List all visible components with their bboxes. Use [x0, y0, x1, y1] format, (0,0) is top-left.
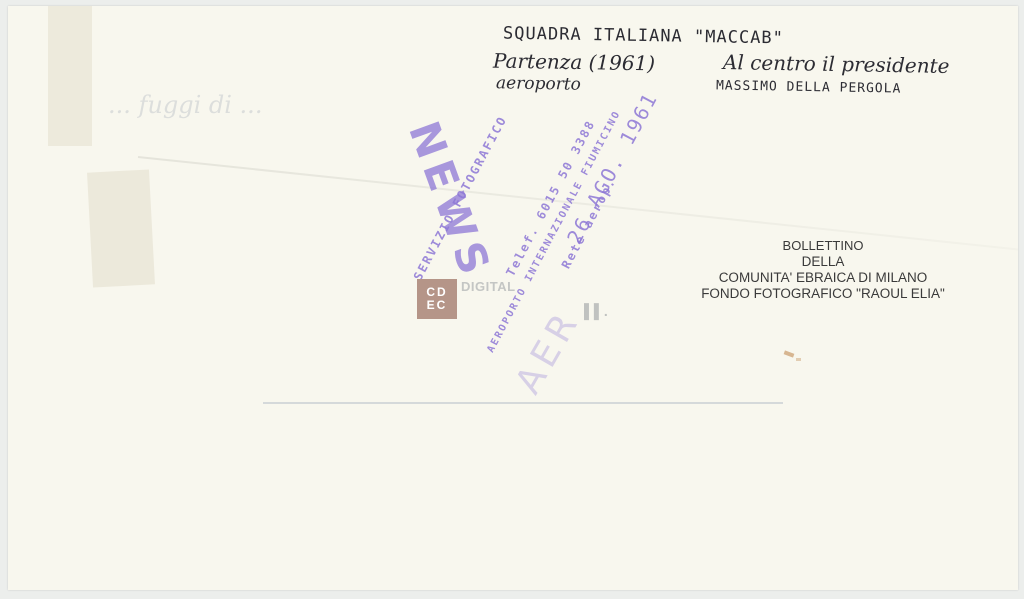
watermark-bars-icon: ▌▌. — [584, 303, 608, 319]
handwritten-line-2-right: Al centro il presidente — [723, 50, 950, 78]
stamp-faint-letters: AER — [508, 302, 589, 401]
cdec-logo-line-2: EC — [417, 299, 457, 312]
archive-label-line-1: BOLLETTINO — [688, 238, 958, 254]
archive-label-line-3: COMUNITA' EBRAICA DI MILANO — [688, 270, 958, 286]
handwritten-line-3-right: MASSIMO DELLA PERGOLA — [716, 78, 902, 96]
archive-label: BOLLETTINO DELLA COMUNITA' EBRAICA DI MI… — [688, 238, 958, 302]
handwritten-line-3-left: aeroporto — [496, 73, 581, 94]
tape-strip-lower — [87, 169, 155, 287]
archive-label-line-2: DELLA — [688, 254, 958, 270]
stain-mark-small — [796, 358, 801, 361]
faint-pencil-note: ... fuggi di ... — [108, 91, 262, 119]
tape-strip — [48, 6, 92, 146]
cdec-logo: CD EC — [417, 279, 457, 319]
stain-mark — [784, 350, 795, 357]
handwritten-line-1: SQUADRA ITALIANA "MACCAB" — [503, 24, 784, 49]
photo-verso: ... fuggi di ... SQUADRA ITALIANA "MACCA… — [8, 6, 1018, 590]
handwritten-line-2-left: Partenza (1961) — [493, 49, 656, 76]
archive-label-line-4: FONDO FOTOGRAFICO "RAOUL ELIA" — [688, 286, 958, 302]
bleed-through-line — [263, 402, 783, 404]
cdec-logo-text: DIGITAL — [461, 279, 516, 294]
